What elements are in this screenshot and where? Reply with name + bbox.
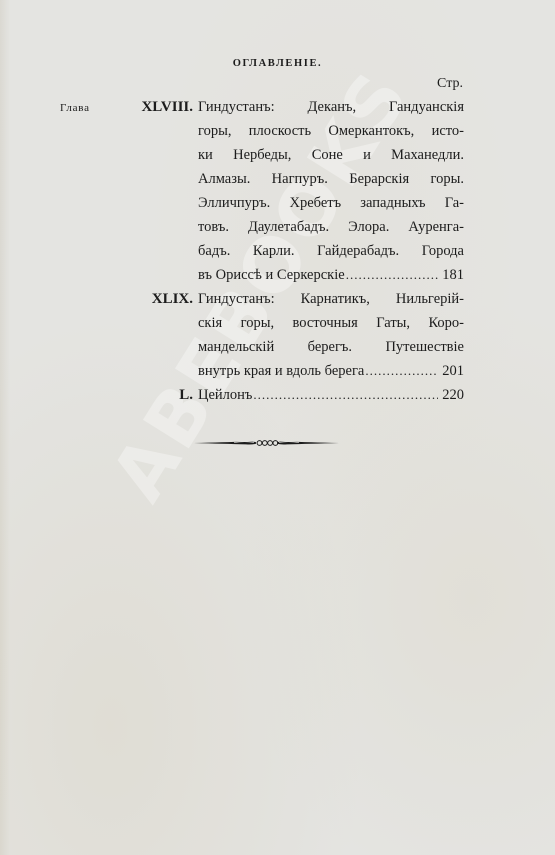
entry-line: Цейлонъ [198, 383, 252, 407]
entry-line: бадъ. Карли. Гайдерабадъ. Города [198, 239, 464, 263]
entry-last-line: Цейлонъ 220 [198, 383, 464, 407]
chapter-label: Глава [60, 102, 90, 114]
page-title: ОГЛАВЛЕНІЕ. [0, 58, 555, 69]
entry-description: Гиндустанъ: Карнатикъ, Нильгерій- скія г… [198, 287, 464, 383]
chapter-number: XLIX. [152, 287, 193, 311]
entry-line: въ Ориссѣ и Серкерскіе [198, 263, 345, 287]
entry-line: Гиндустанъ: Деканъ, Гандуанскія [198, 95, 464, 119]
entry-last-line: въ Ориссѣ и Серкерскіе 181 [198, 263, 464, 287]
entry-line: ки Нербеды, Соне и Маханедли. [198, 143, 464, 167]
entry-line: горы, плоскость Омеркантокъ, исто- [198, 119, 464, 143]
entry-line: Алмазы. Нагпуръ. Берарскія горы. [198, 167, 464, 191]
page-column-label: Стр. [437, 76, 463, 92]
chapter-number: XLVIII. [141, 95, 193, 119]
entry-last-line: внутрь края и вдоль берега 201 [198, 359, 464, 383]
chapter-number: L. [179, 383, 193, 407]
dot-leader [346, 263, 439, 287]
entry-line: Элличпуръ. Хребетъ западныхъ Га- [198, 191, 464, 215]
entry-description: Цейлонъ 220 [198, 383, 464, 407]
page-number: 220 [442, 383, 464, 407]
ornament-divider-icon [194, 438, 339, 448]
dot-leader [253, 383, 438, 407]
page-number: 181 [442, 263, 464, 287]
entry-line: мандельскій берегъ. Путешествіе [198, 335, 464, 359]
entry-description: Гиндустанъ: Деканъ, Гандуанскія горы, пл… [198, 95, 464, 287]
entry-line: товъ. Даулетабадъ. Элора. Ауренга- [198, 215, 464, 239]
entry-line: внутрь края и вдоль берега [198, 359, 364, 383]
page-number: 201 [442, 359, 464, 383]
entry-line: Гиндустанъ: Карнатикъ, Нильгерій- [198, 287, 464, 311]
entry-line: скія горы, восточныя Гаты, Коро- [198, 311, 464, 335]
dot-leader [365, 359, 438, 383]
